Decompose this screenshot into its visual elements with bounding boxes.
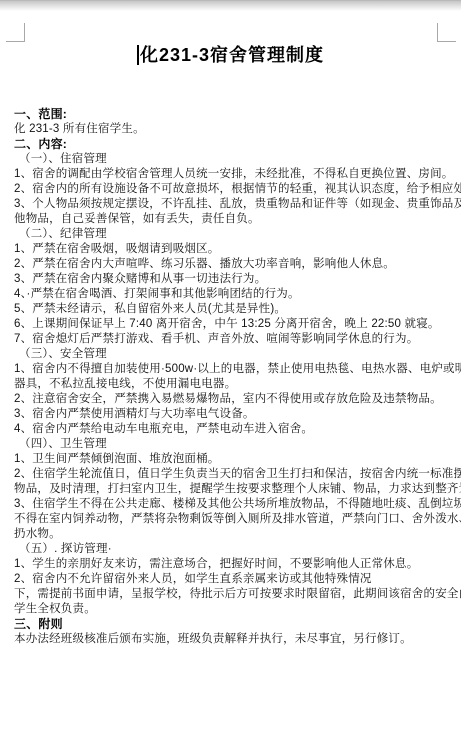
doc-line[interactable]: 学生全权负责。 — [0, 602, 461, 617]
subheading-accommodation[interactable]: （一）、住宿管理 — [0, 152, 461, 167]
doc-line[interactable]: 1、严禁在宿舍吸烟，吸烟请到吸烟区。 — [0, 242, 461, 257]
doc-line[interactable]: 1、卫生间严禁倾倒泡面、堆放泡面桶。 — [0, 452, 461, 467]
margin-crop-mark-top-right — [437, 23, 456, 42]
doc-line[interactable]: 2、注意宿舍安全，严禁携入易燃易爆物品，室内不得使用或存放危险及违禁物品。 — [0, 392, 461, 407]
doc-line[interactable]: 1、学生的亲朋好友来访，需注意场合，把握好时间，不要影响他人正常休息。 — [0, 557, 461, 572]
doc-line[interactable]: 2、宿舍内不允许留宿外来人员，如学生直系亲属来访或其他特殊情况 — [0, 572, 461, 587]
subheading-discipline[interactable]: （二）、纪律管理 — [0, 227, 461, 242]
heading-content[interactable]: 二、内容: — [0, 137, 461, 152]
document-page[interactable]: 化231-3宿舍管理制度 一、范围: 化 231-3 所有住宿学生。 二、内容:… — [0, 0, 461, 738]
doc-line[interactable]: 他物品，自己妥善保管，如有丢失，责任自负。 — [0, 212, 461, 227]
heading-scope[interactable]: 一、范围: — [0, 107, 461, 122]
doc-line[interactable]: 3、住宿学生不得在公共走廊、楼梯及其他公共场所堆放物品，不得随地吐痰、乱倒垃圾， — [0, 497, 461, 512]
doc-line[interactable]: 4、宿舍内严禁给电动车电瓶充电，严禁电动车进入宿舍。 — [0, 422, 461, 437]
page-top-edge-shadow — [0, 0, 461, 11]
subheading-visits[interactable]: （五）. 探访管理· — [0, 542, 461, 557]
subheading-hygiene[interactable]: （四）、卫生管理 — [0, 437, 461, 452]
doc-line[interactable]: 5、严禁未经请示，私自留宿外来人员(尤其是异性)。 — [0, 302, 461, 317]
doc-line[interactable]: 物品，及时清理，打扫室内卫生，提醒学生按要求整理个人床铺、物品，力求达到整齐划一… — [0, 482, 461, 497]
doc-line[interactable]: 3、严禁在宿舍内聚众赌博和从事一切违法行为。 — [0, 272, 461, 287]
doc-line[interactable]: 4、·严禁在宿舍喝酒、打架闹事和其他影响团结的行为。 — [0, 287, 461, 302]
doc-line[interactable]: 2、住宿学生轮流值日，值日学生负责当天的宿舍卫生打扫和保洁，按宿舍内统一标准摆放 — [0, 467, 461, 482]
document-body[interactable]: 一、范围: 化 231-3 所有住宿学生。 二、内容: （一）、住宿管理 1、宿… — [0, 107, 461, 647]
subheading-safety[interactable]: （三）、安全管理 — [0, 347, 461, 362]
doc-line[interactable]: 1、宿舍的调配由学校宿舍管理人员统一安排，未经批准，不得私自更换位置、房间。 — [0, 167, 461, 182]
doc-line[interactable]: 3、宿舍内严禁使用酒精灯与大功率电气设备。 — [0, 407, 461, 422]
doc-line[interactable]: 3、个人物品须按规定摆设，不许乱挂、乱放，贵重物品和证件等（如现金、贵重饰品及其 — [0, 197, 461, 212]
heading-appendix[interactable]: 三、附则 — [0, 617, 461, 632]
doc-line[interactable]: 器具，不私拉乱接电线，不使用漏电电器。 — [0, 377, 461, 392]
doc-line[interactable]: 6、上课期间保证早上 7:40 离开宿舍，中午 13:25 分离开宿舍，晚上 2… — [0, 317, 461, 332]
doc-line[interactable]: 不得在室内饲养动物，严禁将杂物剩饭等倒入厕所及排水管道，严禁向门口、舍外泼水、乱 — [0, 512, 461, 527]
doc-line[interactable]: 下，需提前书面申请，呈报学校，待批示后方可按要求时限留宿，此期间该宿舍的安全由该 — [0, 587, 461, 602]
doc-line[interactable]: 2、宿舍内的所有设施设备不可故意损坏，根据情节的轻重，视其认识态度，给予相应处理… — [0, 182, 461, 197]
text-cursor-icon — [137, 45, 139, 65]
doc-line[interactable]: 7、宿舍熄灯后严禁打游戏、看手机、声音外放、喧闹等影响同学休息的行为。 — [0, 332, 461, 347]
document-title-text: 化231-3宿舍管理制度 — [140, 45, 324, 65]
doc-line[interactable]: 化 231-3 所有住宿学生。 — [0, 122, 461, 137]
doc-line[interactable]: 本办法经班级核准后颁布实施，班级负责解释并执行，未尽事宜，另行修订。 — [0, 632, 461, 647]
doc-line[interactable]: 1、宿舍内不得擅自加装使用·500w·以上的电器，禁止使用电热毯、电热水器、电炉… — [0, 362, 461, 377]
margin-crop-mark-top-left — [6, 23, 25, 42]
doc-line[interactable]: 扔水物。 — [0, 527, 461, 542]
doc-line[interactable]: 2、严禁在宿舍内大声喧哗、练习乐器、播放大功率音响，影响他人休息。 — [0, 257, 461, 272]
